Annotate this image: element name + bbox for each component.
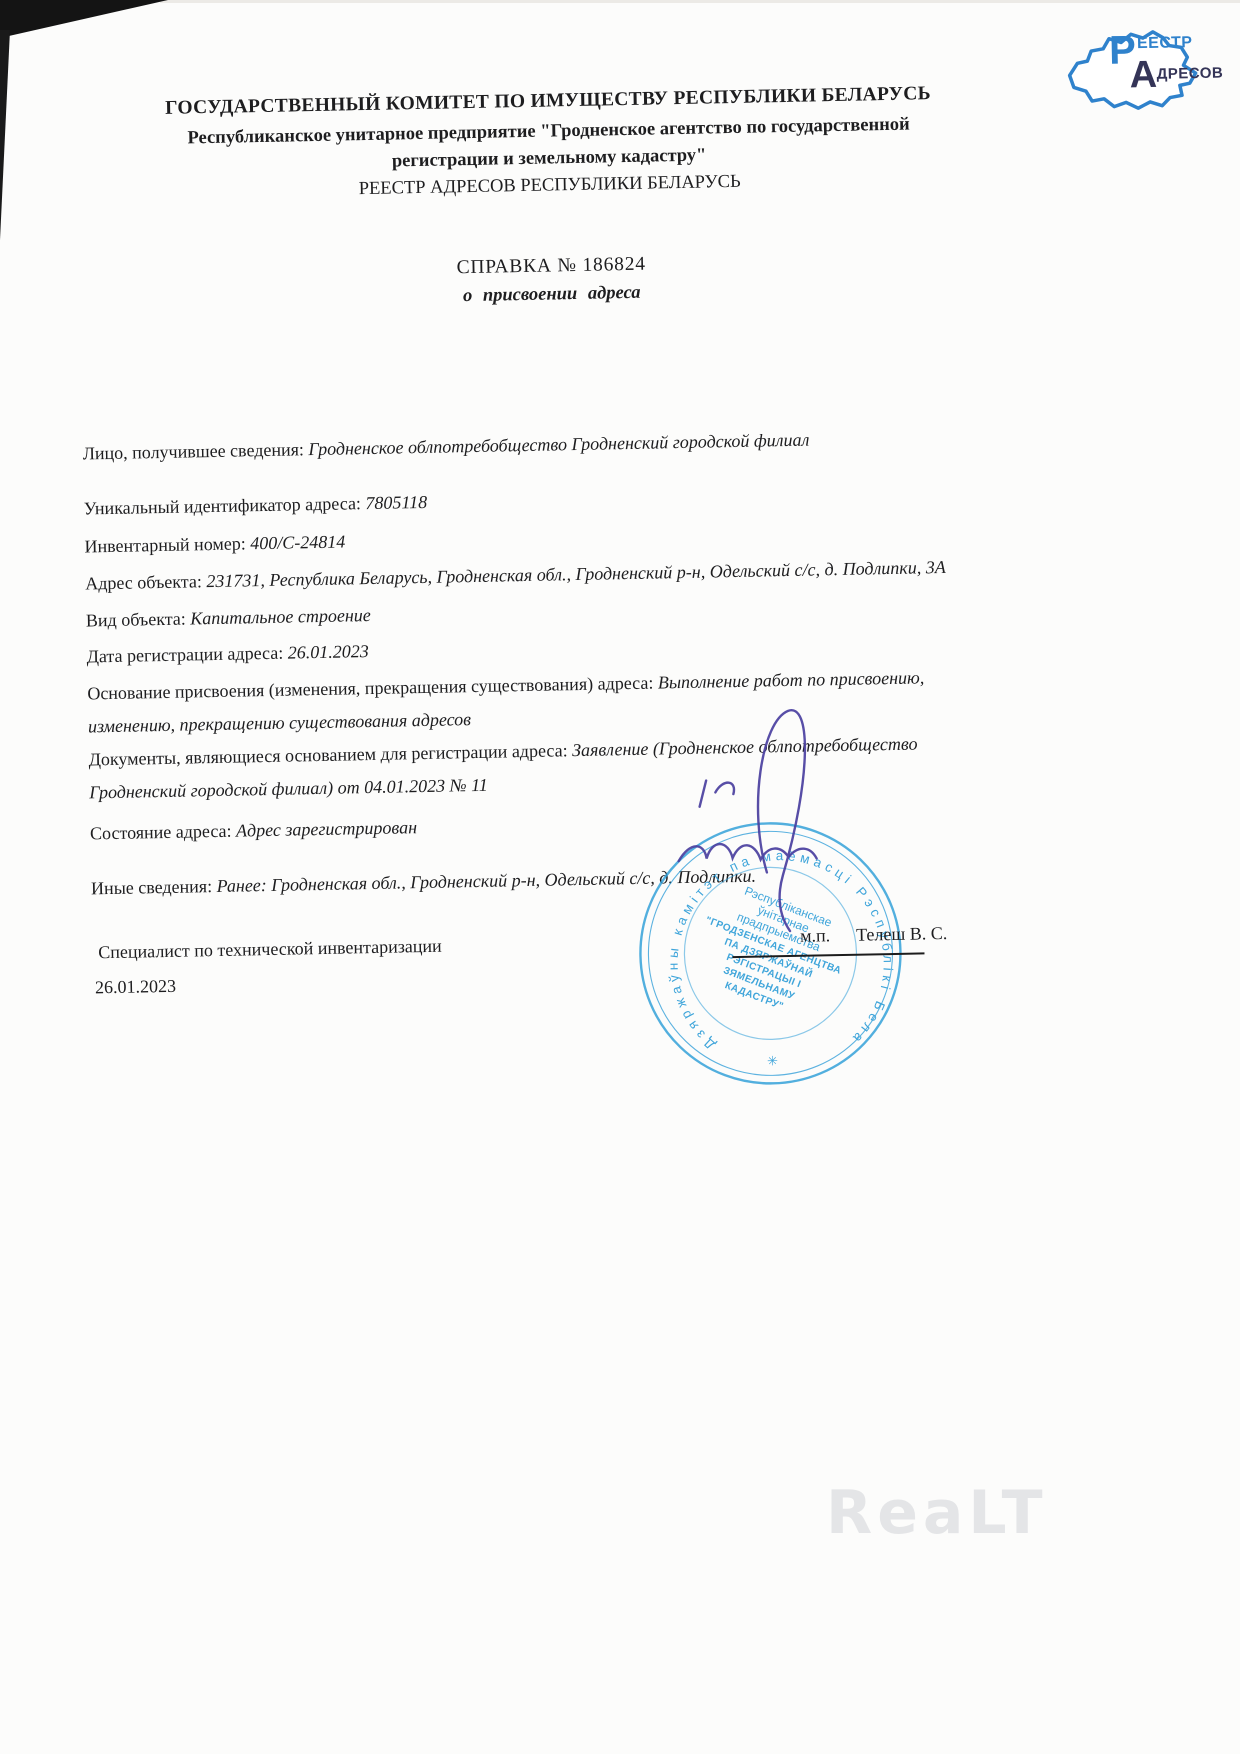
signoff-date: 26.01.2023	[95, 976, 176, 999]
field-label: Уникальный идентификатор адреса:	[84, 493, 366, 518]
field-label: Инвентарный номер:	[84, 533, 250, 556]
field-value: Капитальное строение	[190, 605, 371, 628]
logo-text-eestr: ЕЕСТР	[1137, 35, 1193, 52]
field-label: Основание присвоения (изменения, прекращ…	[87, 672, 658, 703]
field-label: Документы, являющиеся основанием для рег…	[88, 740, 572, 769]
scan-top-edge	[160, 0, 1240, 3]
field-recipient: Лицо, получившее сведения: Гродненское о…	[82, 417, 1174, 471]
field-label: Лицо, получившее сведения:	[83, 439, 309, 463]
field-value: 231731, Республика Беларусь, Гродненская…	[206, 557, 946, 591]
field-label: Вид объекта:	[86, 608, 191, 630]
field-value: Гродненское облпотребобщество Гродненски…	[308, 430, 809, 460]
logo-letter-a: А	[1129, 56, 1157, 95]
stamp-ring-mark: ✳	[767, 1053, 778, 1068]
realt-watermark: ReaLT	[826, 1478, 1048, 1548]
field-label: Иные сведения:	[91, 876, 217, 898]
field-label: Состояние адреса:	[90, 821, 236, 844]
seal-place-abbr: м.п.	[800, 925, 830, 946]
field-value: 7805118	[365, 492, 427, 513]
specialist-position: Специалист по технической инвентаризации	[98, 936, 442, 964]
field-value: 400/С-24814	[250, 531, 345, 553]
field-label: Адрес объекта:	[85, 571, 207, 593]
field-label: Дата регистрации адреса:	[86, 643, 287, 667]
reestr-adresov-logo: Р ЕЕСТР А ДРЕСОВ	[1057, 23, 1223, 118]
signer-name: Телеш В. С.	[856, 923, 948, 945]
seal-and-signer-line: м.п.Телеш В. С.	[800, 923, 948, 947]
scanned-document: Р ЕЕСТР А ДРЕСОВ ГОСУДАРСТВЕННЫЙ КОМИТЕТ…	[0, 0, 1240, 1754]
field-value: 26.01.2023	[288, 641, 369, 663]
logo-text-dresov: ДРЕСОВ	[1156, 66, 1223, 82]
field-value: Адрес зарегистрирован	[236, 817, 417, 840]
